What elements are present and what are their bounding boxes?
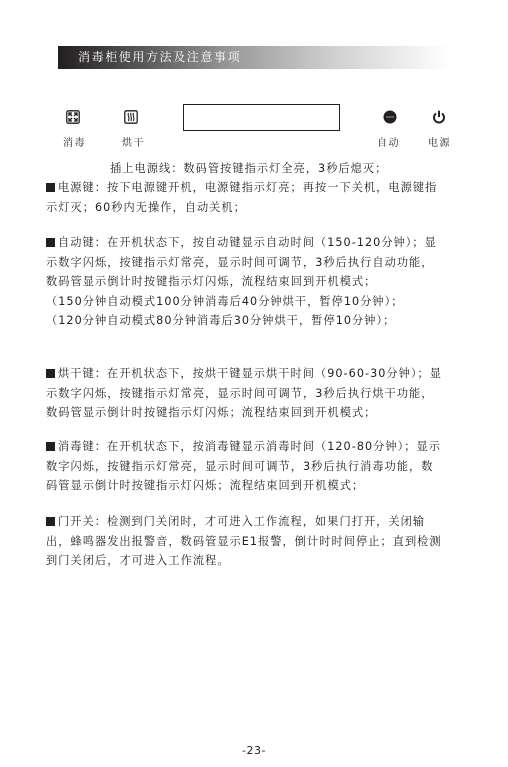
text-line: 示数字闪烁，按键指示灯常亮，显示时间可调节，3秒后执行烘干功能， <box>46 384 476 404</box>
plug-in-instruction: 插上电源线：数码管按键指示灯全亮，3秒后熄灭； <box>46 159 476 179</box>
text-line: 自动键：在开机状态下，按自动键显示自动时间（150-120分钟）；显 <box>58 236 437 249</box>
bullet-square-icon <box>46 369 55 378</box>
door-switch-instruction: 门开关：检测到门关闭时，才可进入工作流程，如果门打开，关闭输 出，蜂鸣器发出报警… <box>46 512 476 571</box>
text-line: 码管显示倒计时按键指示灯闪烁；流程结束回到开机模式； <box>46 476 476 496</box>
disinfect-icon <box>66 110 80 124</box>
text-line: 示数字闪烁，按键指示灯常亮，显示时间可调节，3秒后执行自动功能， <box>46 253 476 273</box>
section-title: 消毒柜使用方法及注意事项 <box>78 50 241 65</box>
dry-label: 烘干 <box>122 138 145 150</box>
disinfect-key-instruction: 消毒键：在开机状态下，按消毒键显示消毒时间（120-80分钟）；显示 数字闪烁，… <box>46 437 476 496</box>
text-line: 烘干键：在开机状态下，按烘干键显示烘干时间（90-60-30分钟）；显 <box>58 367 442 380</box>
power-key-instruction: 电源键：按下电源键开机，电源键指示灯亮；再按一下关机，电源键指 示灯灭；60秒内… <box>46 178 476 217</box>
text-line: 消毒键：在开机状态下，按消毒键显示消毒时间（120-80分钟）；显示 <box>58 440 441 453</box>
dry-heat-icon <box>124 110 138 124</box>
text-line: 到门关闭后，才可进入工作流程。 <box>46 551 476 571</box>
section-title-banner: 消毒柜使用方法及注意事项 <box>58 46 450 69</box>
bullet-square-icon <box>46 238 55 247</box>
text-line: 数码管显示倒计时按键指示灯闪烁；流程结束回到开机模式； <box>46 403 476 423</box>
bullet-square-icon <box>46 517 55 526</box>
dry-key-instruction: 烘干键：在开机状态下，按烘干键显示烘干时间（90-60-30分钟）；显 示数字闪… <box>46 364 476 423</box>
digital-display <box>183 104 340 131</box>
auto-icon <box>383 110 397 124</box>
bullet-square-icon <box>46 183 55 192</box>
text-line: 数码管显示倒计时按键指示灯闪烁，流程结束回到开机模式； <box>46 272 476 292</box>
disinfect-label: 消毒 <box>63 138 86 150</box>
text-line: 电源键：按下电源键开机，电源键指示灯亮；再按一下关机，电源键指 <box>58 181 437 194</box>
auto-label: 自动 <box>377 138 400 150</box>
power-icon <box>432 110 446 124</box>
text-line: （120分钟自动模式80分钟消毒后30分钟烘干，暂停10分钟）； <box>46 311 476 331</box>
text-line: 数字闪烁，按键指示灯常亮，显示时间可调节，3秒后执行消毒功能，数 <box>46 457 476 477</box>
text-line: 门开关：检测到门关闭时，才可进入工作流程，如果门打开，关闭输 <box>58 515 425 528</box>
text-line: 示灯灭；60秒内无操作，自动关机； <box>46 198 476 218</box>
page-number: -23- <box>0 744 508 757</box>
bullet-square-icon <box>46 442 55 451</box>
text-line: 插上电源线：数码管按键指示灯全亮，3秒后熄灭； <box>46 159 476 179</box>
auto-key-instruction: 自动键：在开机状态下，按自动键显示自动时间（150-120分钟）；显 示数字闪烁… <box>46 233 476 331</box>
power-label: 电源 <box>428 138 451 150</box>
text-line: （150分钟自动模式100分钟消毒后40分钟烘干，暂停10分钟）； <box>46 292 476 312</box>
text-line: 出，蜂鸣器发出报警音，数码管显示E1报警，倒计时时间停止；直到检测 <box>46 532 476 552</box>
